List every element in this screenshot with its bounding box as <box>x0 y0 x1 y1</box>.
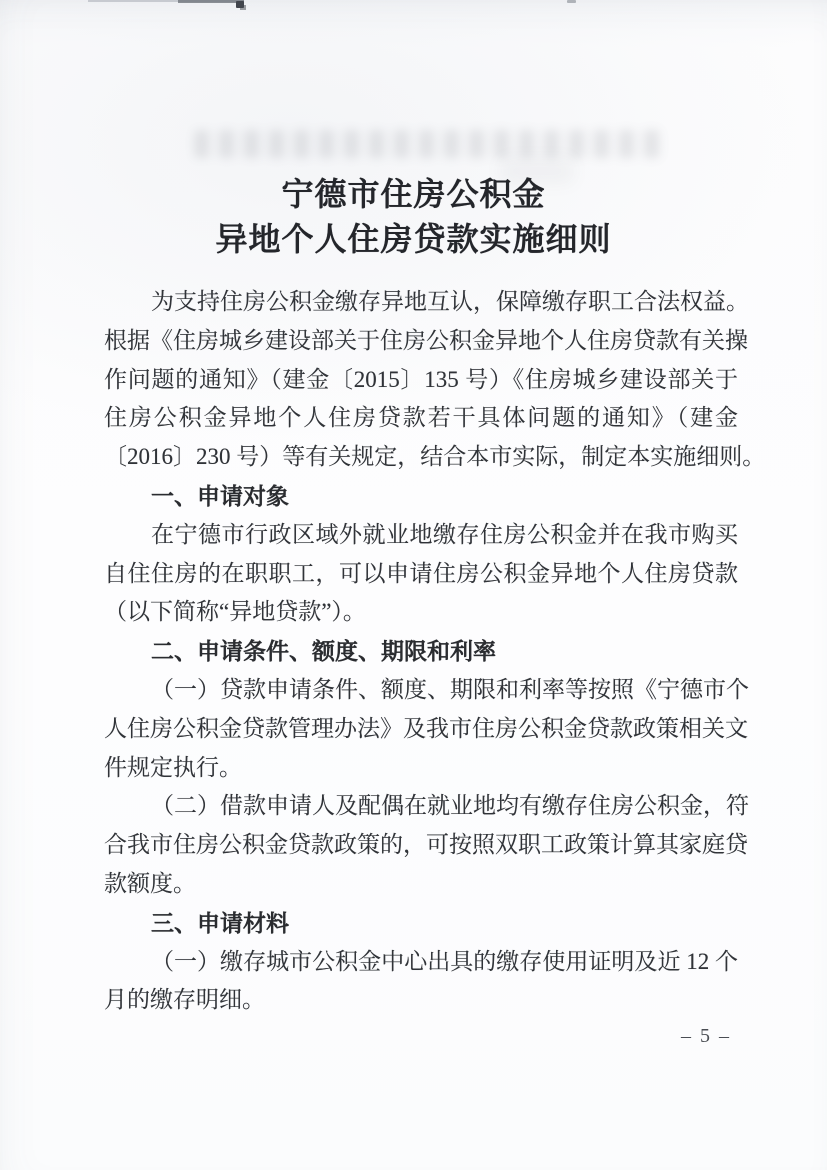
doc-line: 在宁德市行政区域外就业地缴存住房公积金并在我市购买 <box>104 516 738 555</box>
doc-line: 住房公积金异地个人住房贷款若干具体问题的通知》（建金 <box>104 399 738 438</box>
doc-line: （一）贷款申请条件、额度、期限和利率等按照《宁德市个 <box>104 671 738 710</box>
doc-line: 根据《住房城乡建设部关于住房公积金异地个人住房贷款有关操 <box>104 322 738 361</box>
document-body: 为支持住房公积金缴存异地互认，保障缴存职工合法权益。 根据《住房城乡建设部关于住… <box>104 283 738 1020</box>
document-title: 宁德市住房公积金 异地个人住房贷款实施细则 <box>0 172 827 262</box>
doc-line: 自住住房的在职职工，可以申请住房公积金异地个人住房贷款 <box>104 555 738 594</box>
doc-line: 人住房公积金贷款管理办法》及我市住房公积金贷款政策相关文 <box>104 710 738 749</box>
section-heading-2: 二、申请条件、额度、期限和利率 <box>104 632 738 671</box>
section-heading-1: 一、申请对象 <box>104 477 738 516</box>
doc-line: 合我市住房公积金贷款政策的，可按照双职工政策计算其家庭贷 <box>104 826 738 865</box>
doc-line: 件规定执行。 <box>104 749 738 788</box>
title-line-2: 异地个人住房贷款实施细则 <box>0 217 827 262</box>
doc-line: 款额度。 <box>104 865 738 904</box>
doc-line: 月的缴存明细。 <box>104 981 738 1020</box>
scanned-document-page: 宁德市住房公积金 异地个人住房贷款实施细则 为支持住房公积金缴存异地互认，保障缴… <box>0 0 827 1170</box>
scan-artifact-hairline-dark <box>178 0 244 3</box>
title-line-1: 宁德市住房公积金 <box>0 172 827 217</box>
scan-artifact-speck <box>236 1 244 8</box>
doc-line: 〔2016〕230 号）等有关规定，结合本市实际，制定本实施细则。 <box>104 438 738 477</box>
doc-line: （以下简称“异地贷款”）。 <box>104 593 738 632</box>
doc-line: （二）借款申请人及配偶在就业地均有缴存住房公积金，符 <box>104 787 738 826</box>
section-heading-3: 三、申请材料 <box>104 904 738 943</box>
doc-line: 作问题的通知》（建金〔2015〕135 号）《住房城乡建设部关于 <box>104 361 738 400</box>
scan-artifact-speck <box>567 0 576 3</box>
doc-line: 为支持住房公积金缴存异地互认，保障缴存职工合法权益。 <box>104 283 738 322</box>
bleedthrough-text-mark <box>194 130 664 158</box>
doc-line: （一）缴存城市公积金中心出具的缴存使用证明及近 12 个 <box>104 943 738 982</box>
page-number: – 5 – <box>681 1024 731 1048</box>
